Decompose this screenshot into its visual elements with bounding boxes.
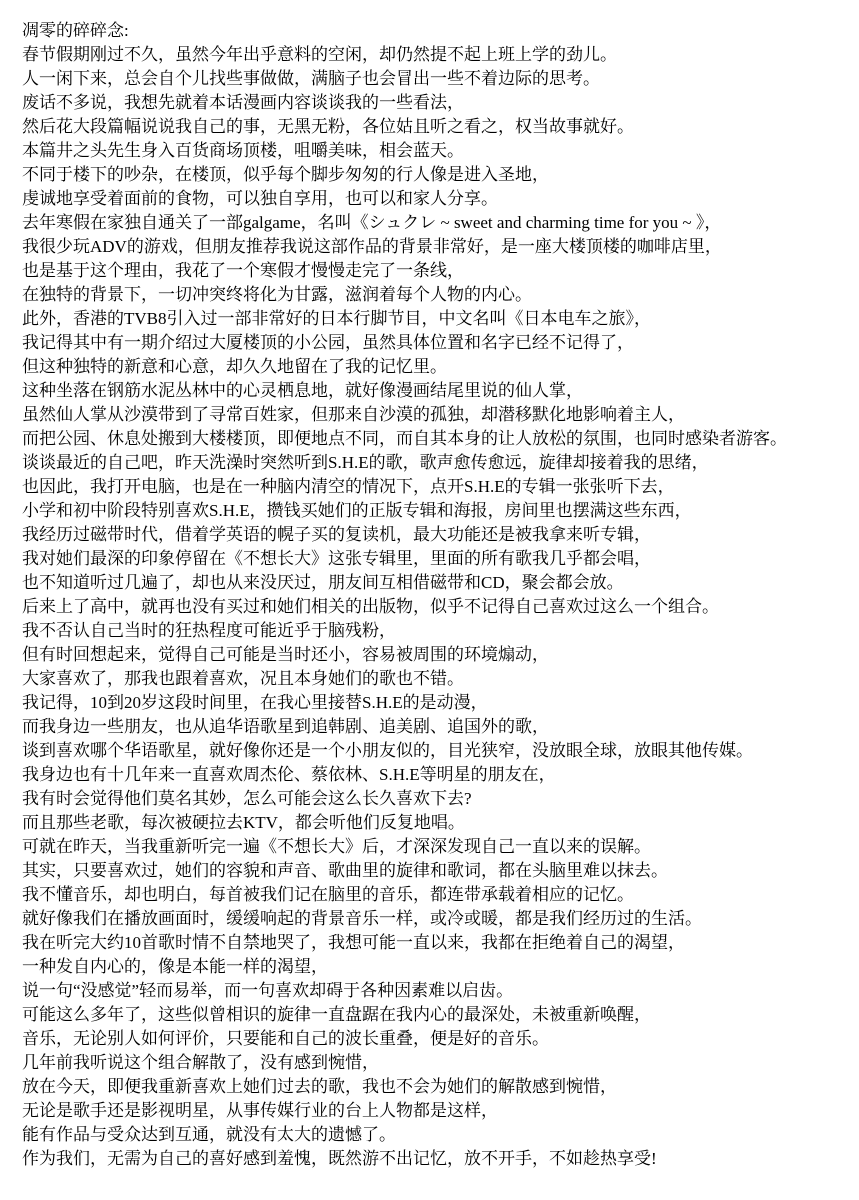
text-line: 一种发自内心的，像是本能一样的渴望， [22, 955, 851, 979]
text-line: 这种坐落在钢筋水泥丛林中的心灵栖息地，就好像漫画结尾里说的仙人掌， [22, 379, 851, 403]
text-line: 后来上了高中，就再也没有买过和她们相关的出版物，似乎不记得自己喜欢过这么一个组合… [22, 595, 851, 619]
text-line: 可就在昨天，当我重新听完一遍《不想长大》后，才深深发现自己一直以来的误解。 [22, 835, 851, 859]
text-line: 本篇井之头先生身入百货商场顶楼，咀嚼美味，相会蓝天。 [22, 139, 851, 163]
text-line: 说一句“没感觉”轻而易举，而一句喜欢却碍于各种因素难以启齿。 [22, 979, 851, 1003]
text-line: 我不懂音乐，却也明白，每首被我们记在脑里的音乐，都连带承载着相应的记忆。 [22, 883, 851, 907]
text-line: 作为我们，无需为自己的喜好感到羞愧，既然游不出记忆，放不开手，不如趁热享受! [22, 1147, 851, 1171]
text-line: 谈到喜欢哪个华语歌星，就好像你还是一个小朋友似的，目光狭窄，没放眼全球，放眼其他… [22, 739, 851, 763]
text-line: 去年寒假在家独自通关了一部galgame，名叫《シュクレ ~ sweet and… [22, 211, 851, 235]
text-line: 几年前我听说这个组合解散了，没有感到惋惜， [22, 1051, 851, 1075]
text-line: 而把公园、休息处搬到大楼楼顶，即便地点不同，而自其本身的让人放松的氛围，也同时感… [22, 427, 851, 451]
text-line: 能有作品与受众达到互通，就没有太大的遗憾了。 [22, 1123, 851, 1147]
text-line: 就好像我们在播放画面时，缓缓响起的背景音乐一样，或冷或暖，都是我们经历过的生活。 [22, 907, 851, 931]
text-line: 虽然仙人掌从沙漠带到了寻常百姓家，但那来自沙漠的孤独，却潜移默化地影响着主人， [22, 403, 851, 427]
text-line: 春节假期刚过不久，虽然今年出乎意料的空闲，却仍然提不起上班上学的劲儿。 [22, 43, 851, 67]
text-line: 不同于楼下的吵杂，在楼顶，似乎每个脚步匆匆的行人像是进入圣地， [22, 163, 851, 187]
text-line: 谈谈最近的自己吧，昨天洗澡时突然听到S.H.E的歌，歌声愈传愈远，旋律却接着我的… [22, 451, 851, 475]
text-line: 也因此，我打开电脑，也是在一种脑内清空的情况下，点开S.H.E的专辑一张张听下去… [22, 475, 851, 499]
text-line: 我在听完大约10首歌时情不自禁地哭了，我想可能一直以来，我都在拒绝着自己的渴望， [22, 931, 851, 955]
text-line: 也是基于这个理由，我花了一个寒假才慢慢走完了一条线， [22, 259, 851, 283]
text-line: 放在今天，即便我重新喜欢上她们过去的歌，我也不会为她们的解散感到惋惜， [22, 1075, 851, 1099]
text-line: 小学和初中阶段特别喜欢S.H.E，攒钱买她们的正版专辑和海报，房间里也摆满这些东… [22, 499, 851, 523]
text-line: 我经历过磁带时代，借着学英语的幌子买的复读机，最大功能还是被我拿来听专辑， [22, 523, 851, 547]
text-line: 我有时会觉得他们莫名其妙，怎么可能会这么长久喜欢下去? [22, 787, 851, 811]
text-line: 我对她们最深的印象停留在《不想长大》这张专辑里，里面的所有歌我几乎都会唱， [22, 547, 851, 571]
text-line: 我身边也有十几年来一直喜欢周杰伦、蔡依林、S.H.E等明星的朋友在， [22, 763, 851, 787]
text-line: 可能这么多年了，这些似曾相识的旋律一直盘踞在我内心的最深处，未被重新唤醒， [22, 1003, 851, 1027]
text-line: 我记得其中有一期介绍过大厦楼顶的小公园，虽然具体位置和名字已经不记得了， [22, 331, 851, 355]
text-line: 而我身边一些朋友，也从追华语歌星到追韩剧、追美剧、追国外的歌， [22, 715, 851, 739]
text-line: 然后花大段篇幅说说我自己的事，无黑无粉，各位姑且听之看之，权当故事就好。 [22, 115, 851, 139]
text-line: 也不知道听过几遍了，却也从来没厌过，朋友间互相借磁带和CD，聚会都会放。 [22, 571, 851, 595]
text-line: 但有时回想起来，觉得自己可能是当时还小，容易被周围的环境煽动， [22, 643, 851, 667]
document-page: 凋零的碎碎念: 春节假期刚过不久，虽然今年出乎意料的空闲，却仍然提不起上班上学的… [0, 0, 859, 1200]
text-line: 而且那些老歌，每次被硬拉去KTV，都会听他们反复地唱。 [22, 811, 851, 835]
page-title: 凋零的碎碎念: [22, 19, 851, 43]
text-line: 其实，只要喜欢过，她们的容貌和声音、歌曲里的旋律和歌词，都在头脑里难以抹去。 [22, 859, 851, 883]
text-line: 我不否认自己当时的狂热程度可能近乎于脑残粉， [22, 619, 851, 643]
text-line: 我记得，10到20岁这段时间里，在我心里接替S.H.E的是动漫， [22, 691, 851, 715]
text-line: 废话不多说，我想先就着本话漫画内容谈谈我的一些看法， [22, 91, 851, 115]
text-line: 但这种独特的新意和心意，却久久地留在了我的记忆里。 [22, 355, 851, 379]
text-line: 虔诚地享受着面前的食物，可以独自享用，也可以和家人分享。 [22, 187, 851, 211]
text-line: 无论是歌手还是影视明星，从事传媒行业的台上人物都是这样， [22, 1099, 851, 1123]
text-line: 我很少玩ADV的游戏，但朋友推荐我说这部作品的背景非常好，是一座大楼顶楼的咖啡店… [22, 235, 851, 259]
text-line: 人一闲下来，总会自个儿找些事做做，满脑子也会冒出一些不着边际的思考。 [22, 67, 851, 91]
text-line: 音乐，无论别人如何评价，只要能和自己的波长重叠，便是好的音乐。 [22, 1027, 851, 1051]
text-body: 春节假期刚过不久，虽然今年出乎意料的空闲，却仍然提不起上班上学的劲儿。人一闲下来… [22, 43, 851, 1171]
text-line: 在独特的背景下，一切冲突终将化为甘露，滋润着每个人物的内心。 [22, 283, 851, 307]
text-line: 此外，香港的TVB8引入过一部非常好的日本行脚节目，中文名叫《日本电车之旅》， [22, 307, 851, 331]
text-line: 大家喜欢了，那我也跟着喜欢，况且本身她们的歌也不错。 [22, 667, 851, 691]
